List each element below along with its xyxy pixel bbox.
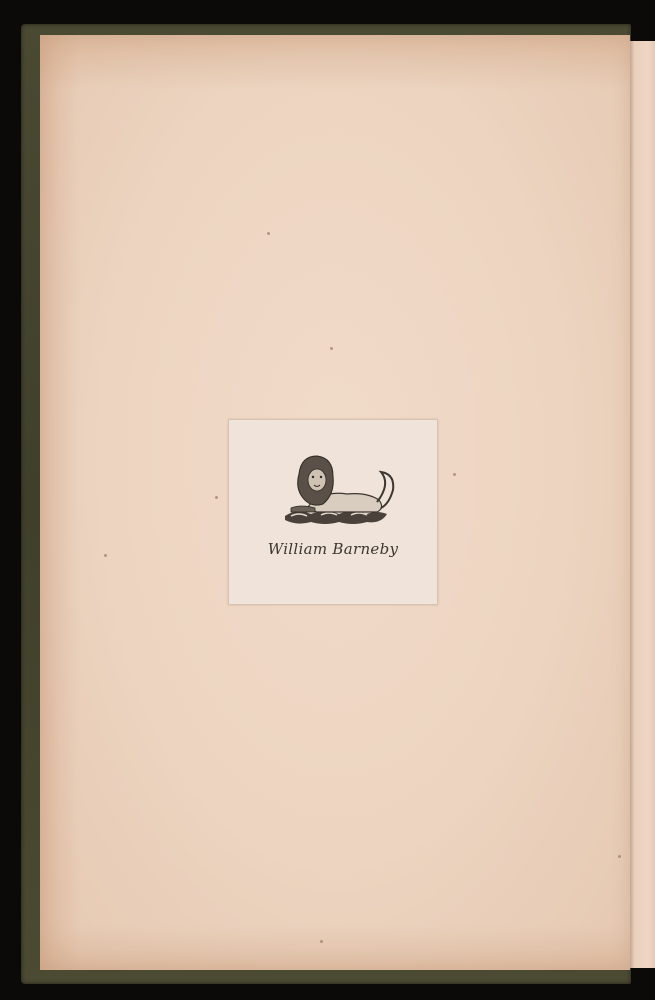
bookplate-owner-name: William Barneby (229, 540, 437, 558)
foxing-spot (320, 940, 323, 943)
foxing-spot (215, 496, 218, 499)
lion-crest-icon (277, 450, 399, 530)
foxing-spot (330, 347, 333, 350)
foxing-spot (453, 473, 456, 476)
foxing-spot (104, 554, 107, 557)
foxing-stain-bottom (40, 925, 630, 970)
foxing-stain-top (40, 35, 630, 90)
foxing-spot (267, 232, 270, 235)
bookplate: William Barneby (228, 419, 438, 605)
page-edge (628, 41, 655, 968)
pastedown-endpaper: William Barneby (40, 35, 630, 970)
foxing-spot (618, 855, 621, 858)
foxing-stain-left (40, 35, 80, 970)
